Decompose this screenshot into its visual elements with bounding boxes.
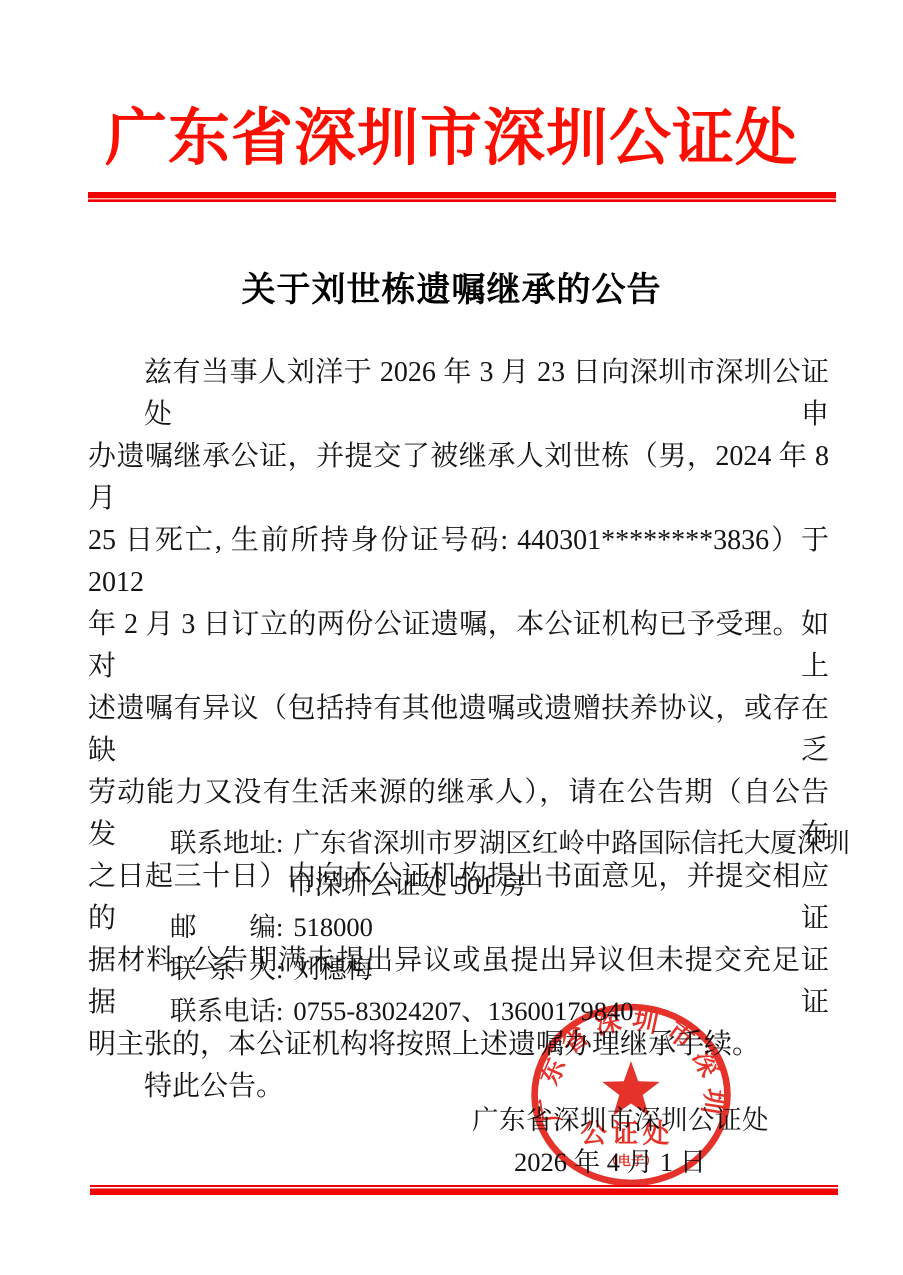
contact-address-row: 联系地址:广东省深圳市罗湖区红岭中路国际信托大厦深圳 [170,822,850,864]
body-line: 25 日死亡, 生前所持身份证号码: 440301********3836）于 … [88,520,829,604]
body-line: 办遗嘱继承公证，并提交了被继承人刘世栋（男，2024 年 8 月 [88,436,829,520]
body-line: 述遗嘱有异议（包括持有其他遗嘱或遗赠扶养协议，或存在缺乏 [88,688,829,772]
org-header-title: 广东省深圳市深圳公证处 [0,96,903,183]
contact-phone-row: 联系电话:0755-83024207、13600179840 [170,990,850,1032]
notice-document-page: 广东省深圳市深圳公证处 关于刘世栋遗嘱继承的公告 兹有当事人刘洋于 2026 年… [0,0,903,1275]
page-title: 关于刘世栋遗嘱继承的公告 [0,262,903,311]
contact-colon: : [276,996,283,1026]
header-rule [88,192,836,202]
contact-colon: : [276,912,283,942]
contact-postcode-row: 邮编:518000 [170,906,850,948]
contact-address-value: 广东省深圳市罗湖区红岭中路国际信托大厦深圳 [293,828,850,858]
star-icon [602,1061,659,1116]
seal-sub-text: （电子） [605,1152,658,1168]
contact-block: 联系地址:广东省深圳市罗湖区红岭中路国际信托大厦深圳 市深圳公证处 501 房 … [170,822,850,1032]
notary-seal-stamp: 广东省深圳市深圳 公证处 （电子） [527,1000,735,1190]
contact-postcode-value: 518000 [293,912,373,942]
contact-postcode-label: 邮编 [170,906,276,948]
contact-phone-label: 联系电话 [170,990,276,1032]
contact-address-value-2: 市深圳公证处 501 房 [288,870,527,900]
contact-colon: : [276,828,283,858]
contact-person-value: 刘穗梅 [293,954,373,984]
contact-person-label: 联系人 [170,948,276,990]
body-line: 年 2 月 3 日订立的两份公证遗嘱，本公证机构已予受理。如对上 [88,604,829,688]
contact-colon: : [276,954,283,984]
seal-center-text: 公证处 [580,1118,674,1148]
body-line: 兹有当事人刘洋于 2026 年 3 月 23 日向深圳市深圳公证处申 [88,352,829,436]
contact-address-row-2: 市深圳公证处 501 房 [288,864,850,906]
contact-address-label: 联系地址 [170,822,276,864]
contact-person-row: 联系人:刘穗梅 [170,948,850,990]
